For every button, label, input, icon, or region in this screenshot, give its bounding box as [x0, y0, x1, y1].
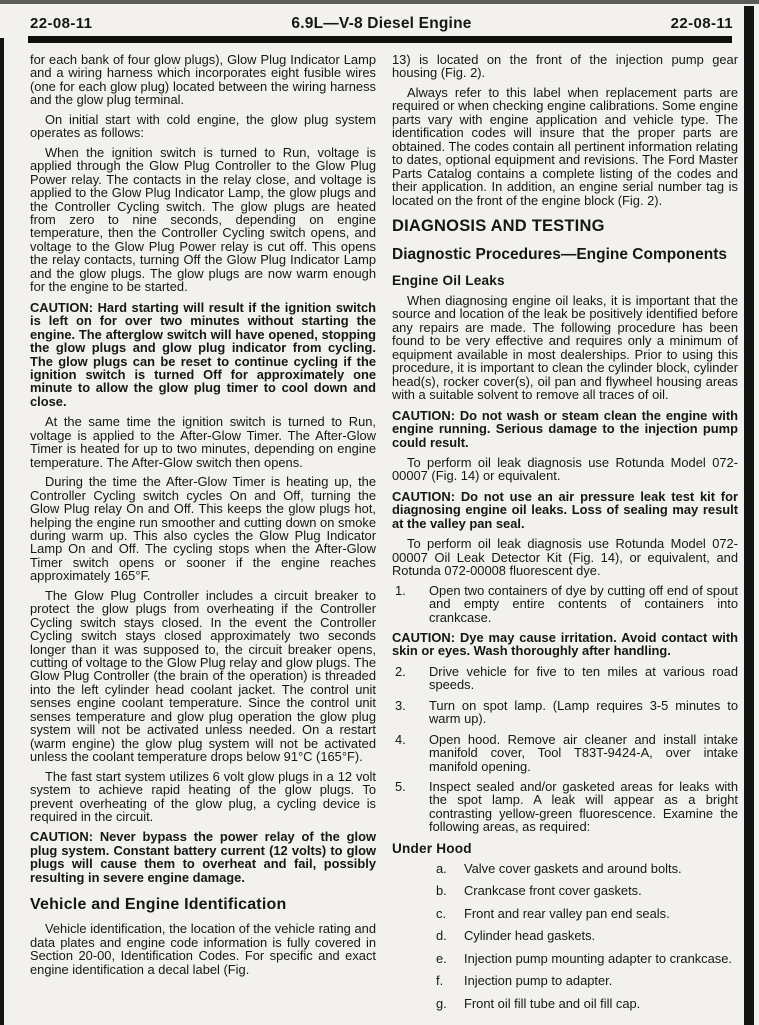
content-columns: for each bank of four glow plugs), Glow … — [0, 43, 759, 1019]
numbered-step-3: 3. Turn on spot lamp. (Lamp requires 3-5… — [392, 699, 738, 726]
paragraph-during-timer: During the time the After-Glow Timer is … — [30, 475, 376, 583]
paragraph-vehicle-identification: Vehicle identification, the location of … — [30, 922, 376, 976]
caution-no-air-pressure: CAUTION: Do not use an air pressure leak… — [392, 490, 738, 530]
paragraph-always-refer: Always refer to this label when replacem… — [392, 86, 738, 207]
section-heading-vehicle-engine-identification: Vehicle and Engine Identification — [30, 896, 376, 914]
numbered-step-5: 5. Inspect sealed and/or gasketed areas … — [392, 780, 738, 834]
step-text: Open two containers of dye by cutting of… — [429, 584, 738, 624]
step-number: 3. — [392, 699, 429, 726]
page-header: 22-08-11 6.9L—V-8 Diesel Engine 22-08-11 — [0, 0, 759, 33]
lettered-item-a: a. Valve cover gaskets and around bolts. — [392, 862, 738, 875]
caution-hard-starting: CAUTION: Hard starting will result if th… — [30, 301, 376, 409]
item-text: Crankcase front cover gaskets. — [464, 884, 738, 897]
scan-edge-top — [0, 0, 759, 4]
lettered-item-b: b. Crankcase front cover gaskets. — [392, 884, 738, 897]
step-number: 2. — [392, 665, 429, 692]
step-number: 1. — [392, 584, 429, 624]
subheading-under-hood: Under Hood — [392, 841, 738, 856]
step-number: 4. — [392, 733, 429, 773]
lettered-item-g: g. Front oil fill tube and oil fill cap. — [392, 997, 738, 1010]
page-code-left: 22-08-11 — [30, 15, 92, 32]
step-text: Drive vehicle for five to ten miles at v… — [429, 665, 738, 692]
item-text: Front and rear valley pan end seals. — [464, 907, 738, 920]
page-code-right: 22-08-11 — [671, 15, 733, 32]
scan-edge-left — [0, 38, 4, 1025]
step-text: Inspect sealed and/or gasketed areas for… — [429, 780, 738, 834]
item-letter: e. — [436, 952, 464, 965]
item-letter: f. — [436, 974, 464, 987]
step-text: Open hood. Remove air cleaner and instal… — [429, 733, 738, 773]
item-text: Front oil fill tube and oil fill cap. — [464, 997, 738, 1010]
right-column: 13) is located on the front of the injec… — [392, 53, 738, 1019]
paragraph-decal-location: 13) is located on the front of the injec… — [392, 53, 738, 80]
section-heading-diagnostic-procedures: Diagnostic Procedures—Engine Components — [392, 246, 738, 264]
lettered-item-e: e. Injection pump mounting adapter to cr… — [392, 952, 738, 965]
paragraph-when-diagnosing: When diagnosing engine oil leaks, it is … — [392, 294, 738, 402]
item-text: Cylinder head gaskets. — [464, 929, 738, 942]
caution-never-bypass: CAUTION: Never bypass the power relay of… — [30, 830, 376, 884]
paragraph-rotunda-model: To perform oil leak diagnosis use Rotund… — [392, 456, 738, 483]
paragraph-ignition-run: When the ignition switch is turned to Ru… — [30, 146, 376, 294]
item-letter: d. — [436, 929, 464, 942]
numbered-step-2: 2. Drive vehicle for five to ten miles a… — [392, 665, 738, 692]
lettered-item-c: c. Front and rear valley pan end seals. — [392, 907, 738, 920]
caution-no-wash: CAUTION: Do not wash or steam clean the … — [392, 409, 738, 449]
subheading-engine-oil-leaks: Engine Oil Leaks — [392, 273, 738, 288]
header-rule — [28, 36, 732, 43]
item-text: Injection pump mounting adapter to crank… — [464, 952, 738, 965]
paragraph-controller: The Glow Plug Controller includes a circ… — [30, 589, 376, 764]
step-number: 5. — [392, 780, 429, 834]
paragraph-same-time: At the same time the ignition switch is … — [30, 415, 376, 469]
lettered-item-d: d. Cylinder head gaskets. — [392, 929, 738, 942]
paragraph-initial-start: On initial start with cold engine, the g… — [30, 113, 376, 140]
item-letter: a. — [436, 862, 464, 875]
section-heading-diagnosis-and-testing: DIAGNOSIS AND TESTING — [392, 217, 738, 236]
paragraph-rotunda-kit: To perform oil leak diagnosis use Rotund… — [392, 537, 738, 577]
scan-edge-right — [744, 6, 754, 1025]
left-column: for each bank of four glow plugs), Glow … — [30, 53, 376, 1019]
paragraph-fast-start: The fast start system utilizes 6 volt gl… — [30, 770, 376, 824]
page-title: 6.9L—V-8 Diesel Engine — [92, 15, 670, 33]
paragraph-glow-plug-intro: for each bank of four glow plugs), Glow … — [30, 53, 376, 107]
lettered-item-f: f. Injection pump to adapter. — [392, 974, 738, 987]
numbered-step-1: 1. Open two containers of dye by cutting… — [392, 584, 738, 624]
item-letter: g. — [436, 997, 464, 1010]
item-text: Injection pump to adapter. — [464, 974, 738, 987]
item-text: Valve cover gaskets and around bolts. — [464, 862, 738, 875]
caution-dye-irritation: CAUTION: Dye may cause irritation. Avoid… — [392, 631, 738, 658]
manual-page: 22-08-11 6.9L—V-8 Diesel Engine 22-08-11… — [0, 0, 759, 1025]
step-text: Turn on spot lamp. (Lamp requires 3-5 mi… — [429, 699, 738, 726]
numbered-step-4: 4. Open hood. Remove air cleaner and ins… — [392, 733, 738, 773]
item-letter: c. — [436, 907, 464, 920]
item-letter: b. — [436, 884, 464, 897]
